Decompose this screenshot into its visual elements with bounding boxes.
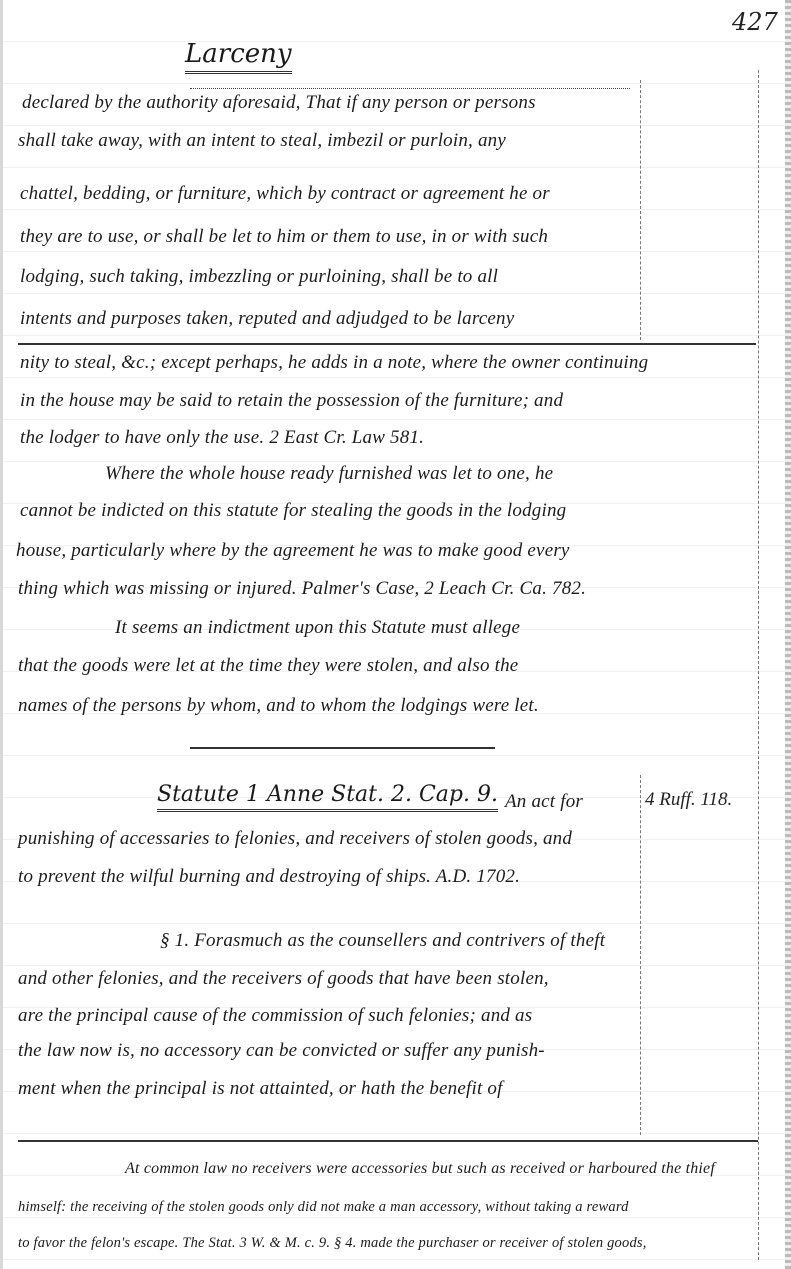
text-line: ment when the principal is not attainted… [18, 1078, 503, 1100]
page-title: Larceny [185, 40, 292, 74]
statute-heading-tail: An act for [505, 791, 583, 813]
text-line: to prevent the wilful burning and destro… [18, 866, 520, 888]
statute-heading: Statute 1 Anne Stat. 2. Cap. 9. [157, 783, 498, 812]
page-number: 427 [732, 8, 778, 36]
text-line: It seems an indictment upon this Statute… [115, 617, 520, 639]
text-line: punishing of accessaries to felonies, an… [18, 828, 572, 850]
scan-edge-left [0, 0, 3, 1269]
manuscript-page: 427 Larceny declared by the authority af… [0, 0, 791, 1269]
text-line: the lodger to have only the use. 2 East … [20, 427, 424, 449]
footnote-divider [18, 1140, 758, 1142]
text-line: in the house may be said to retain the p… [20, 390, 563, 412]
text-line: § 1. Forasmuch as the counsellers and co… [160, 930, 605, 952]
text-line: intents and purposes taken, reputed and … [20, 308, 514, 330]
title-underline [190, 88, 630, 89]
text-line: nity to steal, &c.; except perhaps, he a… [20, 352, 648, 374]
margin-note-citation: 4 Ruff. 118. [645, 789, 732, 811]
text-line: chattel, bedding, or furniture, which by… [20, 183, 550, 205]
section-divider [18, 343, 756, 345]
scan-edge-right [785, 0, 791, 1269]
footnote-line: At common law no receivers were accessor… [125, 1158, 715, 1180]
text-line: Where the whole house ready furnished wa… [105, 463, 553, 485]
margin-column-line [640, 80, 641, 340]
footnote-line: to favor the felon's escape. The Stat. 3… [18, 1232, 647, 1254]
section-divider-short [190, 747, 495, 749]
text-line: shall take away, with an intent to steal… [18, 130, 506, 152]
margin-column-line [640, 775, 641, 1135]
text-line: names of the persons by whom, and to who… [18, 695, 539, 717]
text-line: thing which was missing or injured. Palm… [18, 578, 586, 600]
text-line: cannot be indicted on this statute for s… [20, 500, 566, 522]
outer-margin-line [758, 70, 759, 1260]
text-line: and other felonies, and the receivers of… [18, 968, 549, 990]
text-line: declared by the authority aforesaid, Tha… [22, 92, 536, 114]
footnote-line: himself: the receiving of the stolen goo… [18, 1196, 629, 1218]
text-line: house, particularly where by the agreeme… [16, 540, 570, 562]
text-line: that the goods were let at the time they… [18, 655, 518, 677]
text-line: are the principal cause of the commissio… [18, 1005, 532, 1027]
text-line: lodging, such taking, imbezzling or purl… [20, 266, 498, 288]
text-line: the law now is, no accessory can be conv… [18, 1040, 545, 1062]
text-line: they are to use, or shall be let to him … [20, 226, 548, 248]
